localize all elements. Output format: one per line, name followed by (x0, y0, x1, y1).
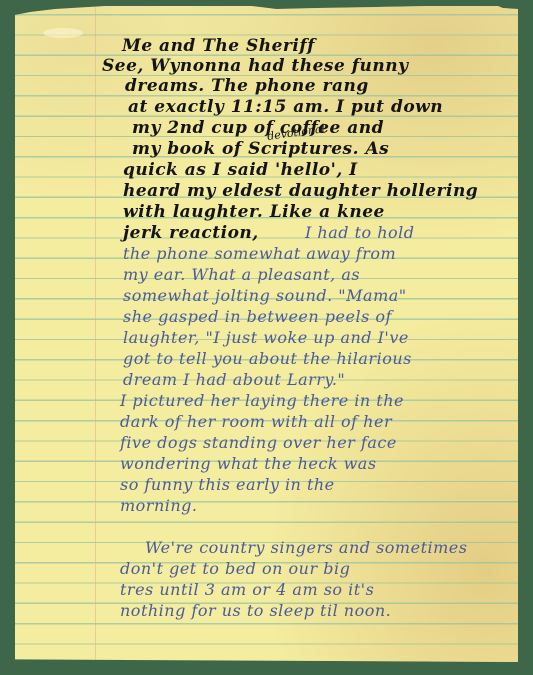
text-line: nothing for us to sleep til noon. (120, 601, 391, 621)
text-line: got to tell you about the hilarious (123, 349, 412, 369)
text-line: my ear. What a pleasant, as (123, 265, 360, 285)
text-line: wondering what the heck was (120, 454, 377, 474)
text-line: laughter, "I just woke up and I've (123, 328, 409, 348)
text-line: We're country singers and sometimes (145, 538, 467, 558)
text-line: my 2nd cup of coffee and (132, 118, 384, 138)
text-line: five dogs standing over her face (120, 433, 397, 453)
text-line: dream I had about Larry." (123, 370, 345, 390)
text-line: my book of Scriptures. As (132, 139, 389, 159)
text-line: I had to hold (305, 223, 415, 243)
text-line: See, Wynonna had these funny (102, 56, 408, 76)
text-line: don't get to bed on our big (120, 559, 350, 579)
text-line: somewhat jolting sound. "Mama" (123, 286, 407, 306)
text-line: the phone somewhat away from (123, 244, 396, 264)
text-line: dreams. The phone rang (125, 76, 369, 96)
legal-pad-page: Me and The Sheriff See, Wynonna had thes… (15, 6, 518, 662)
text-line: I pictured her laying there in the (120, 391, 404, 411)
text-line: she gasped in between peels of (123, 307, 392, 327)
text-line: at exactly 11:15 am. I put down (128, 97, 443, 117)
letter-title: Me and The Sheriff (122, 36, 315, 56)
text-line: morning. (120, 496, 198, 516)
text-line: with laughter. Like a knee (123, 202, 385, 222)
text-line: heard my eldest daughter hollering (123, 181, 478, 201)
text-line: quick as I said 'hello', I (123, 160, 358, 180)
text-line: jerk reaction, (123, 223, 259, 243)
text-line: dark of her room with all of her (120, 412, 392, 432)
handwritten-text: Me and The Sheriff See, Wynonna had thes… (15, 6, 518, 662)
text-line: so funny this early in the (120, 475, 335, 495)
text-line: tres until 3 am or 4 am so it's (120, 580, 374, 600)
